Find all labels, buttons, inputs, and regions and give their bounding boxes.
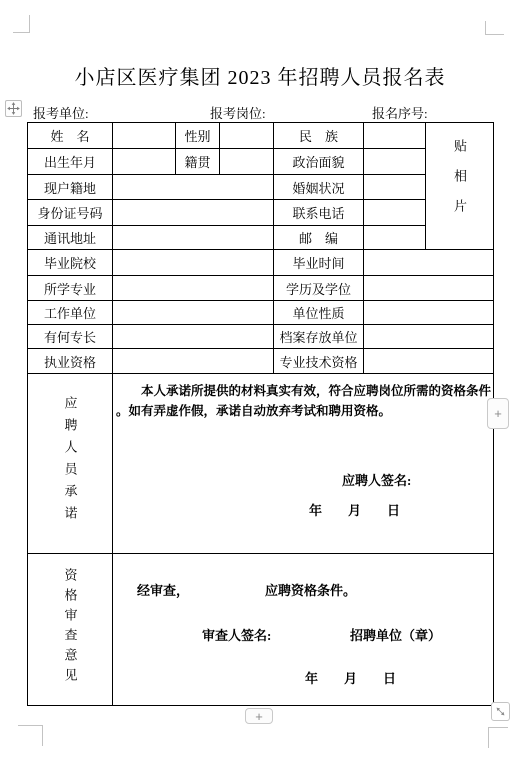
header-label-post: 报考岗位: xyxy=(210,103,266,122)
review-section-label-cell: 资格审查意见 xyxy=(28,554,113,706)
commitment-section-label-cell: 应聘人员承诺 xyxy=(28,374,113,554)
page-corner-mark-top-right xyxy=(485,21,504,35)
value-cell-political-status[interactable] xyxy=(364,149,426,175)
application-form-table: 姓 名 性别 民 族 贴相片 出生年月 籍贯 政治面貌 现户籍地 婚姻状况 身份… xyxy=(27,122,494,706)
value-cell-address[interactable] xyxy=(113,226,274,250)
value-cell-education-degree[interactable] xyxy=(364,276,494,301)
recruiting-unit-seal-label: 招聘单位（章） xyxy=(350,625,441,644)
table-resize-handle[interactable] xyxy=(491,702,510,721)
label-household-registration: 现户籍地 xyxy=(28,175,113,200)
value-cell-graduation-date[interactable] xyxy=(364,250,494,276)
value-cell-ethnicity[interactable] xyxy=(364,123,426,149)
table-insert-row-button-bottom[interactable]: + xyxy=(245,708,273,724)
value-cell-household-registration[interactable] xyxy=(113,175,274,200)
value-cell-graduation-school[interactable] xyxy=(113,250,274,276)
table-insert-row-button-right[interactable]: + xyxy=(487,398,509,429)
applicant-signature-label: 应聘人签名: xyxy=(342,470,411,489)
label-graduation-school: 毕业院校 xyxy=(28,250,113,276)
page-corner-mark-top-left xyxy=(13,15,30,33)
commitment-section-label: 应聘人员承诺 xyxy=(64,396,77,528)
photo-paste-cell[interactable]: 贴相片 xyxy=(426,123,494,250)
value-cell-unit-type[interactable] xyxy=(364,301,494,325)
review-date-label: 年 月 日 xyxy=(305,668,396,687)
table-move-handle[interactable] xyxy=(5,100,22,117)
label-native-place: 籍贯 xyxy=(176,149,220,175)
value-cell-postcode[interactable] xyxy=(364,226,426,250)
label-graduation-date: 毕业时间 xyxy=(274,250,364,276)
value-cell-phone[interactable] xyxy=(364,200,426,226)
form-title: 小店区医疗集团 2023 年招聘人员报名表 xyxy=(0,61,520,90)
label-political-status: 政治面貌 xyxy=(274,149,364,175)
page-corner-mark-bottom-left xyxy=(18,725,43,746)
label-archive-unit: 档案存放单位 xyxy=(274,325,364,349)
label-id-number: 身份证号码 xyxy=(28,200,113,226)
value-cell-major[interactable] xyxy=(113,276,274,301)
value-cell-name[interactable] xyxy=(113,123,176,149)
label-birth-date: 出生年月 xyxy=(28,149,113,175)
value-cell-marital-status[interactable] xyxy=(364,175,426,200)
move-cross-icon xyxy=(7,102,20,115)
label-unit-type: 单位性质 xyxy=(274,301,364,325)
review-line-prefix: 经审查， xyxy=(137,580,189,599)
header-label-serial: 报名序号: xyxy=(372,103,428,122)
label-work-unit: 工作单位 xyxy=(28,301,113,325)
value-cell-practice-qualification[interactable] xyxy=(113,349,274,374)
label-marital-status: 婚姻状况 xyxy=(274,175,364,200)
label-postcode: 邮 编 xyxy=(274,226,364,250)
commitment-content-cell[interactable]: 本人承诺所提供的材料真实有效，符合应聘岗位所需的资格条件 。如有弄虚作假，承诺自… xyxy=(113,374,494,554)
value-cell-specialty[interactable] xyxy=(113,325,274,349)
photo-cell-label: 贴相片 xyxy=(453,139,466,229)
review-line-suffix: 应聘资格条件。 xyxy=(265,580,356,599)
label-address: 通讯地址 xyxy=(28,226,113,250)
label-major: 所学专业 xyxy=(28,276,113,301)
review-section-label: 资格审查意见 xyxy=(64,568,77,688)
label-specialty: 有何专长 xyxy=(28,325,113,349)
value-cell-id-number[interactable] xyxy=(113,200,274,226)
commitment-date-label: 年 月 日 xyxy=(309,500,400,519)
value-cell-native-place[interactable] xyxy=(220,149,274,175)
label-name: 姓 名 xyxy=(28,123,113,149)
diagonal-resize-icon xyxy=(495,706,506,717)
label-gender: 性别 xyxy=(176,123,220,149)
label-ethnicity: 民 族 xyxy=(274,123,364,149)
plus-icon: + xyxy=(494,407,502,420)
page-corner-mark-bottom-right xyxy=(488,727,508,748)
plus-icon: + xyxy=(255,710,263,723)
header-label-unit: 报考单位: xyxy=(33,103,89,122)
reviewer-signature-label: 审查人签名: xyxy=(202,625,271,644)
value-cell-birth-date[interactable] xyxy=(113,149,176,175)
document-page: { "page": { "title": "小店区医疗集团 2023 年招聘人员… xyxy=(0,0,520,757)
value-cell-archive-unit[interactable] xyxy=(364,325,494,349)
value-cell-work-unit[interactable] xyxy=(113,301,274,325)
label-education-degree: 学历及学位 xyxy=(274,276,364,301)
label-technical-qualification: 专业技术资格 xyxy=(274,349,364,374)
commitment-pledge-text: 本人承诺所提供的材料真实有效，符合应聘岗位所需的资格条件 。如有弄虚作假，承诺自… xyxy=(113,374,493,421)
label-practice-qualification: 执业资格 xyxy=(28,349,113,374)
value-cell-technical-qualification[interactable] xyxy=(364,349,494,374)
value-cell-gender[interactable] xyxy=(220,123,274,149)
review-content-cell[interactable]: 经审查， 应聘资格条件。 审查人签名: 招聘单位（章） 年 月 日 xyxy=(113,554,494,706)
label-phone: 联系电话 xyxy=(274,200,364,226)
